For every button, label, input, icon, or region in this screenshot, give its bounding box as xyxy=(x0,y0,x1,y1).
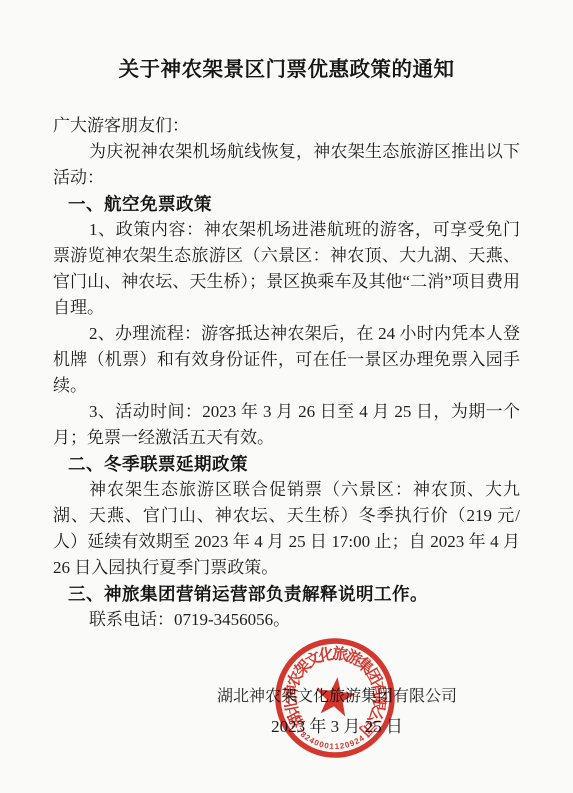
notice-paragraph: 3、活动时间：2023 年 3 月 26 日至 4 月 25 日，为期一个月；免… xyxy=(53,399,520,451)
company-seal: 湖北神农架文化旅游集团有限公司42902110004287 xyxy=(251,614,418,781)
notice-document: 关于神农架景区门票优惠政策的通知 广大游客朋友们： 为庆祝神农架机场航线恢复，神… xyxy=(0,0,573,793)
notice-body: 广大游客朋友们： 为庆祝神农架机场航线恢复，神农架生态旅游区推出以下活动：一、航… xyxy=(53,113,520,633)
seal-star-icon xyxy=(313,675,357,718)
notice-paragraph: 1、政策内容：神农架机场进港航班的游客，可享受免门票游览神农架生态旅游区（六景区… xyxy=(53,217,520,321)
notice-title: 关于神农架景区门票优惠政策的通知 xyxy=(0,56,573,84)
section-heading: 二、冬季联票延期政策 xyxy=(53,451,520,477)
notice-paragraph: 为庆祝神农架机场航线恢复，神农架生态旅游区推出以下活动： xyxy=(53,139,520,191)
section-heading: 三、神旅集团营销运营部负责解释说明工作。 xyxy=(53,581,520,607)
notice-paragraph: 2、办理流程：游客抵达神农架后，在 24 小时内凭本人登机牌（机票）和有效身份证… xyxy=(53,321,520,399)
salutation: 广大游客朋友们： xyxy=(53,113,520,139)
section-heading: 一、航空免票政策 xyxy=(53,191,520,217)
company-seal-graphic: 湖北神农架文化旅游集团有限公司42902110004287 xyxy=(251,614,418,781)
notice-paragraph: 神农架生态旅游区联合促销票（六景区：神农顶、大九湖、天燕、官门山、神农坛、天生桥… xyxy=(53,477,520,581)
